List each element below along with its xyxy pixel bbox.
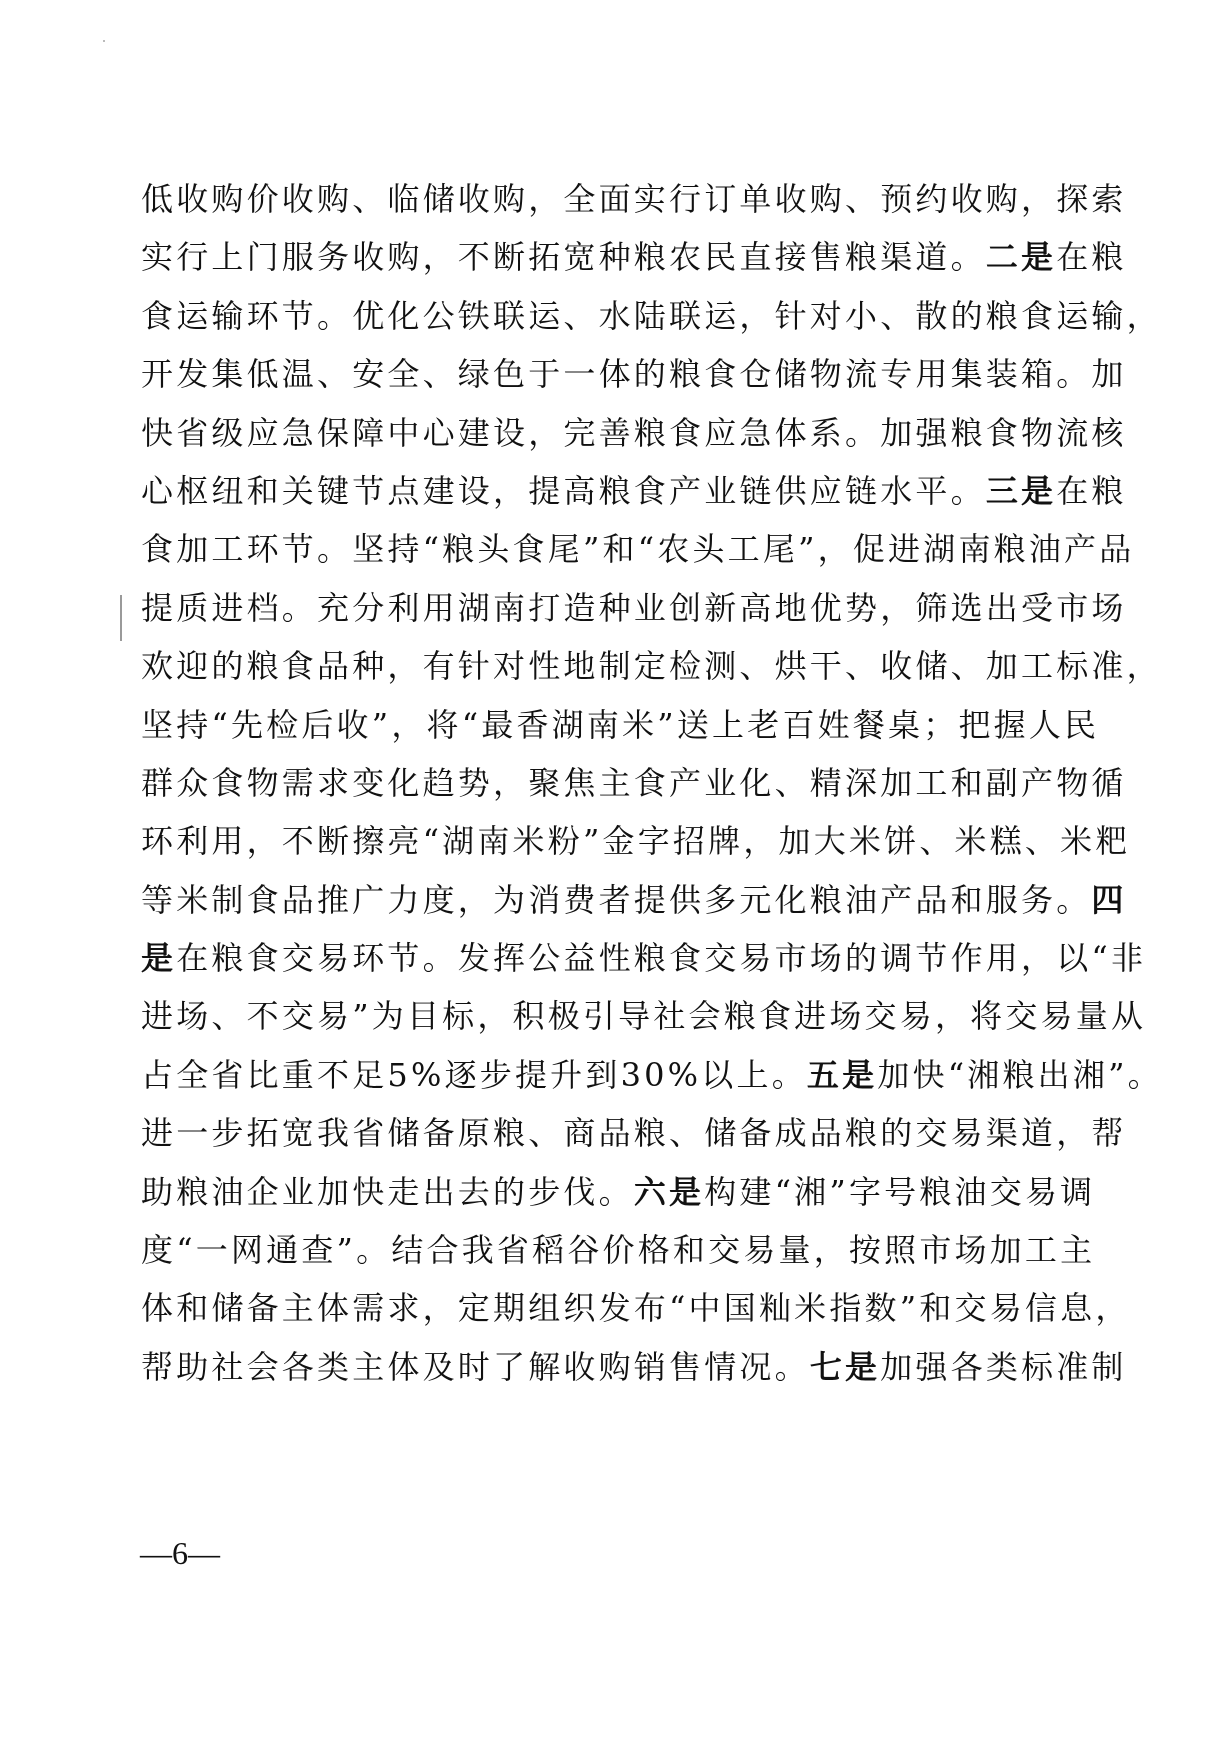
text-run: 心枢纽和关键节点建设，提高粮食产业链供应链水平。: [141, 472, 986, 510]
text-run: 欢迎的粮食品种，有针对性地制定检测、烘干、收储、加工标准，: [141, 647, 1162, 685]
text-line: 进一步拓宽我省储备原粮、商品粮、储备成品粮的交易渠道，帮: [141, 1104, 1081, 1162]
text-line: 快省级应急保障中心建设，完善粮食应急体系。加强粮食物流核: [141, 404, 1081, 462]
text-line: 开发集低温、安全、绿色于一体的粮食仓储物流专用集装箱。加: [141, 345, 1081, 403]
text-line: 坚持“先检后收”，将“最香湖南米”送上老百姓餐桌；把握人民: [141, 696, 1081, 754]
text-run: 进场、不交易”为目标，积极引导社会粮食进场交易，将交易量从: [141, 997, 1146, 1035]
bold-ordinal-marker: 六是: [634, 1173, 704, 1211]
text-run: 帮助社会各类主体及时了解收购销售情况。: [141, 1348, 810, 1386]
text-run: 加强各类标准制: [880, 1348, 1126, 1386]
bold-ordinal-marker: 四: [1091, 881, 1126, 919]
text-line: 群众食物需求变化趋势，聚焦主食产业化、精深加工和副产物循: [141, 754, 1081, 812]
text-line: 食运输环节。优化公铁联运、水陆联运，针对小、散的粮食运输，: [141, 287, 1081, 345]
text-line: 食加工环节。坚持“粮头食尾”和“农头工尾”，促进湖南粮油产品: [141, 520, 1081, 578]
bold-ordinal-marker: 五是: [807, 1056, 877, 1094]
text-run: 环利用，不断擦亮“湖南米粉”金字招牌，加大米饼、米糕、米粑: [141, 822, 1131, 860]
text-run: 占全省比重不足5%逐步提升到30%以上。: [141, 1056, 807, 1094]
text-run: 实行上门服务收购，不断拓宽种粮农民直接售粮渠道。: [141, 238, 986, 276]
document-page: 低收购价收购、临储收购，全面实行订单收购、预约收购，探索实行上门服务收购，不断拓…: [0, 0, 1223, 1742]
text-run: 低收购价收购、临储收购，全面实行订单收购、预约收购，探索: [141, 180, 1127, 218]
text-run: 开发集低温、安全、绿色于一体的粮食仓储物流专用集装箱。加: [141, 355, 1127, 393]
text-run: 坚持“先检后收”，将“最香湖南米”送上老百姓餐桌；把握人民: [141, 706, 1099, 744]
text-run: 加快“湘粮出湘”。: [877, 1056, 1163, 1094]
text-line: 占全省比重不足5%逐步提升到30%以上。五是加快“湘粮出湘”。: [141, 1046, 1081, 1104]
text-line: 实行上门服务收购，不断拓宽种粮农民直接售粮渠道。二是在粮: [141, 228, 1081, 286]
text-line: 进场、不交易”为目标，积极引导社会粮食进场交易，将交易量从: [141, 987, 1081, 1045]
scan-margin-mark: [120, 595, 122, 641]
text-line: 环利用，不断擦亮“湖南米粉”金字招牌，加大米饼、米糕、米粑: [141, 812, 1081, 870]
text-run: 在粮食交易环节。发挥公益性粮食交易市场的调节作用，以“非: [176, 939, 1146, 977]
text-line: 是在粮食交易环节。发挥公益性粮食交易市场的调节作用，以“非: [141, 929, 1081, 987]
text-run: 提质进档。充分利用湖南打造种业创新高地优势，筛选出受市场: [141, 589, 1127, 627]
bold-ordinal-marker: 是: [141, 939, 176, 977]
scan-speck: [103, 40, 105, 42]
text-run: 进一步拓宽我省储备原粮、商品粮、储备成品粮的交易渠道，帮: [141, 1114, 1127, 1152]
body-paragraph: 低收购价收购、临储收购，全面实行订单收购、预约收购，探索实行上门服务收购，不断拓…: [141, 170, 1081, 1396]
text-line: 帮助社会各类主体及时了解收购销售情况。七是加强各类标准制: [141, 1338, 1081, 1396]
text-line: 低收购价收购、临储收购，全面实行订单收购、预约收购，探索: [141, 170, 1081, 228]
text-run: 在粮: [1056, 472, 1126, 510]
bold-ordinal-marker: 三是: [986, 472, 1056, 510]
text-run: 食加工环节。坚持“粮头食尾”和“农头工尾”，促进湖南粮油产品: [141, 530, 1134, 568]
text-run: 构建“湘”字号粮油交易调: [704, 1173, 1095, 1211]
text-run: 助粮油企业加快走出去的步伐。: [141, 1173, 634, 1211]
text-run: 在粮: [1056, 238, 1126, 276]
bold-ordinal-marker: 二是: [986, 238, 1056, 276]
text-run: 度“一网通查”。结合我省稻谷价格和交易量，按照市场加工主: [141, 1231, 1095, 1269]
text-line: 欢迎的粮食品种，有针对性地制定检测、烘干、收储、加工标准，: [141, 637, 1081, 695]
bold-ordinal-marker: 七是: [810, 1348, 880, 1386]
page-number: —6—: [140, 1535, 220, 1572]
text-run: 群众食物需求变化趋势，聚焦主食产业化、精深加工和副产物循: [141, 764, 1127, 802]
text-run: 快省级应急保障中心建设，完善粮食应急体系。加强粮食物流核: [141, 414, 1127, 452]
text-line: 提质进档。充分利用湖南打造种业创新高地优势，筛选出受市场: [141, 579, 1081, 637]
text-line: 度“一网通查”。结合我省稻谷价格和交易量，按照市场加工主: [141, 1221, 1081, 1279]
text-run: 食运输环节。优化公铁联运、水陆联运，针对小、散的粮食运输，: [141, 297, 1162, 335]
text-line: 心枢纽和关键节点建设，提高粮食产业链供应链水平。三是在粮: [141, 462, 1081, 520]
text-line: 助粮油企业加快走出去的步伐。六是构建“湘”字号粮油交易调: [141, 1163, 1081, 1221]
text-line: 等米制食品推广力度，为消费者提供多元化粮油产品和服务。四: [141, 871, 1081, 929]
text-run: 等米制食品推广力度，为消费者提供多元化粮油产品和服务。: [141, 881, 1091, 919]
text-line: 体和储备主体需求，定期组织发布“中国籼米指数”和交易信息，: [141, 1279, 1081, 1337]
text-run: 体和储备主体需求，定期组织发布“中国籼米指数”和交易信息，: [141, 1289, 1131, 1327]
